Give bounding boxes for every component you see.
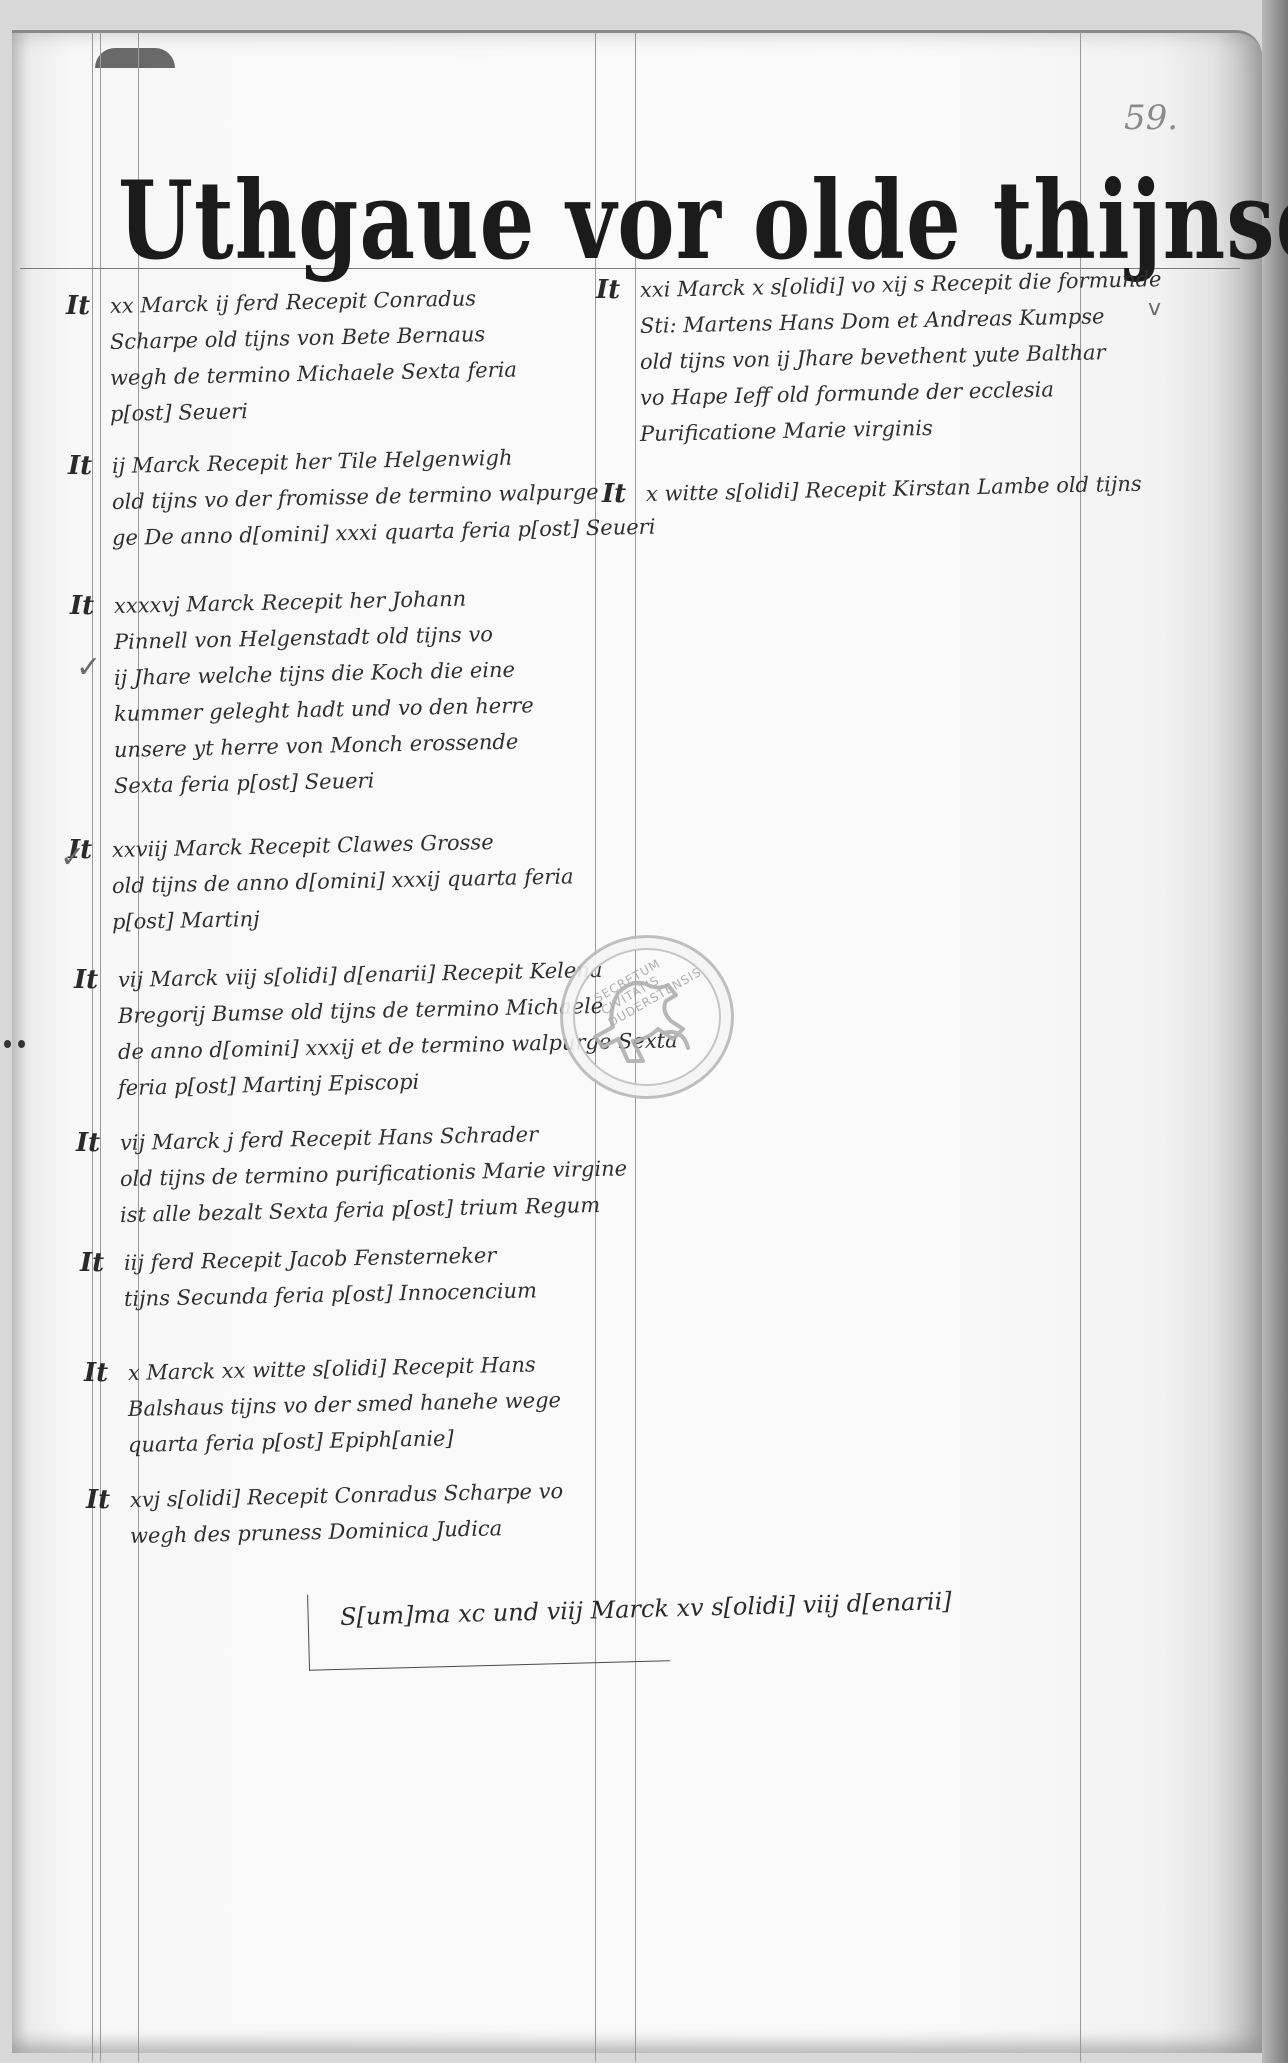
binding-thread xyxy=(4,1040,30,1052)
page-damage xyxy=(95,48,175,68)
item-mark: It xyxy=(68,448,92,484)
ruling-line xyxy=(92,32,93,2062)
item-mark: It xyxy=(84,1355,108,1391)
ledger-entry: It vij Marck j ferd Recepit Hans Schrade… xyxy=(120,1125,627,1233)
item-mark: It xyxy=(74,962,98,998)
city-seal-stamp: SECRETUM CIVITATIS DUDERSTENSIS xyxy=(560,935,734,1099)
ledger-entry: It xxviij Marck Recepit Clawes Grosse ol… xyxy=(112,832,574,940)
margin-check-mark: ✓ xyxy=(76,650,101,685)
ledger-entry: It x witte s[olidi] Recepit Kirstan Lamb… xyxy=(646,476,1142,512)
item-mark: It xyxy=(596,272,620,308)
ledger-entry: It x Marck xx witte s[olidi] Recepit Han… xyxy=(128,1355,561,1463)
margin-mark: v xyxy=(1148,296,1161,321)
book-edge xyxy=(1262,0,1288,2063)
ledger-entry: It ij Marck Recepit her Tile Helgenwigh … xyxy=(112,448,656,556)
item-mark: It xyxy=(86,1482,110,1518)
ledger-entry: It xx Marck ij ferd Recepit Conradus Sch… xyxy=(110,288,517,432)
ledger-entry: It xvj s[olidi] Recepit Conradus Scharpe… xyxy=(130,1482,563,1554)
item-mark: It xyxy=(602,476,626,512)
ledger-entry: It xxxxvj Marck Recepit her Johann Pinne… xyxy=(114,588,534,804)
item-mark: It xyxy=(66,288,90,324)
item-mark: It xyxy=(70,588,94,624)
ledger-entry: It xxi Marck x s[olidi] vo xij s Recepit… xyxy=(640,272,1162,452)
item-mark: It xyxy=(76,1125,100,1161)
ruling-line xyxy=(100,32,101,2062)
item-mark: It xyxy=(80,1245,104,1281)
page-number: 59. xyxy=(1124,98,1178,138)
margin-check-mark: ✓ xyxy=(60,840,85,875)
ledger-entry: It iij ferd Recepit Jacob Fensterneker t… xyxy=(124,1245,537,1317)
